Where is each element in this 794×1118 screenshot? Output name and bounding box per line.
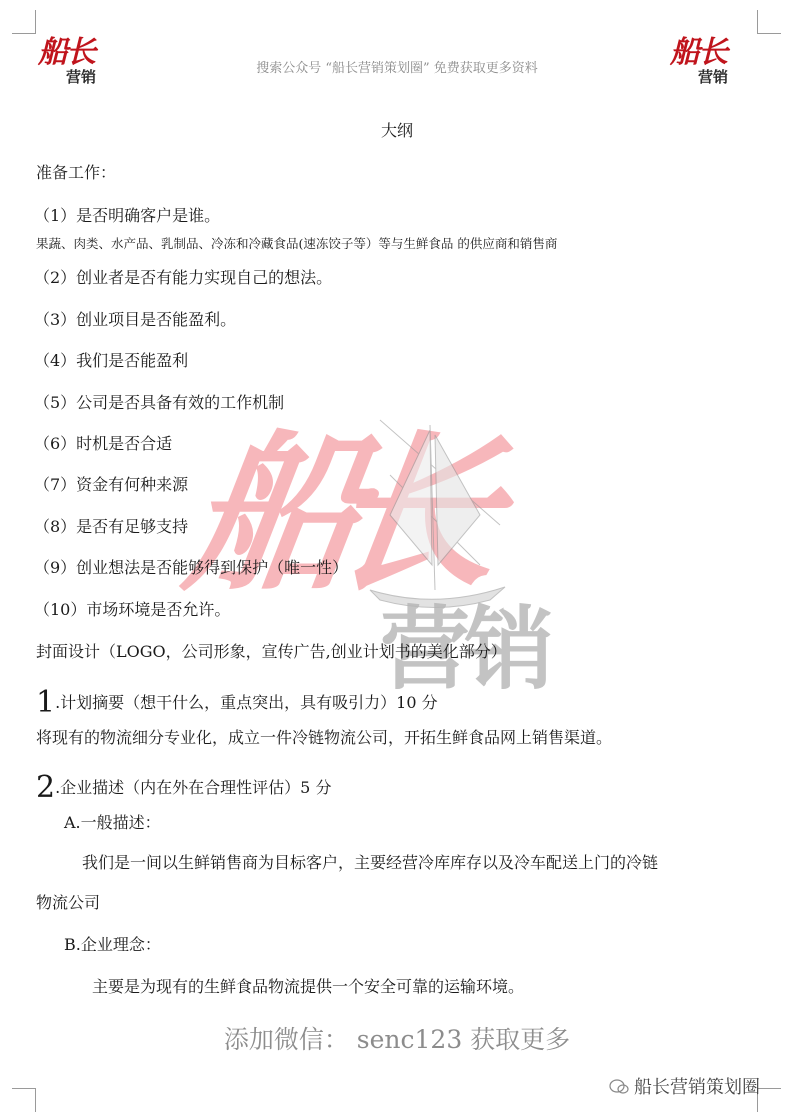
section-1-heading: 1.计划摘要（想干什么，重点突出，具有吸引力）10 分 xyxy=(36,688,438,718)
prep-item: （3）创业项目是否能盈利。 xyxy=(34,310,236,330)
subsection-a-label: A.一般描述： xyxy=(64,813,161,833)
wechat-account-name: 船长营销策划圈 xyxy=(634,1077,760,1098)
subsection-b-label: B.企业理念： xyxy=(64,935,161,955)
crop-mark xyxy=(35,10,36,34)
header-banner: 搜索公众号 “船长营销策划圈” 免费获取更多资料 xyxy=(0,57,794,76)
section-number: 1 xyxy=(36,685,55,720)
prep-item: （1）是否明确客户是谁。 xyxy=(34,206,220,226)
section-number: 2 xyxy=(36,770,55,805)
subsection-b-body: 主要是为现有的生鲜食品物流提供一个安全可靠的运输环境。 xyxy=(92,977,524,997)
document-title: 大纲 xyxy=(0,121,794,141)
prep-heading: 准备工作： xyxy=(36,163,116,183)
section-heading-text: .企业描述（内在外在合理性评估）5 分 xyxy=(55,778,331,797)
customer-note: 果蔬、肉类、水产品、乳制品、冷冻和冷藏食品(速冻饺子等）等与生鲜食品 的供应商和… xyxy=(36,234,557,254)
wechat-account: 船长营销策划圈 xyxy=(608,1073,760,1099)
section-1-body: 将现有的物流细分专业化，成立一件冷链物流公司，开拓生鲜食品网上销售渠道。 xyxy=(36,728,612,748)
prep-item: （10）市场环境是否允许。 xyxy=(34,600,230,620)
crop-mark xyxy=(35,1088,36,1112)
prep-item: （6）时机是否合适 xyxy=(34,434,172,454)
section-heading-text: .计划摘要（想干什么，重点突出，具有吸引力）10 分 xyxy=(55,693,438,712)
prep-item: （7）资金有何种来源 xyxy=(34,475,188,495)
subsection-a-body-cont: 物流公司 xyxy=(36,893,100,913)
subsection-a-body: 我们是一间以生鲜销售商为目标客户，主要经营冷库库存以及冷车配送上门的冷链 xyxy=(82,853,658,873)
cover-design-text: 封面设计（LOGO，公司形象，宣传广告,创业计划书的美化部分） xyxy=(36,642,507,662)
wechat-icon xyxy=(608,1078,630,1096)
crop-mark xyxy=(757,33,781,34)
crop-mark xyxy=(757,10,758,34)
section-2-heading: 2.企业描述（内在外在合理性评估）5 分 xyxy=(36,773,331,803)
ship-watermark-icon xyxy=(360,415,510,615)
crop-mark xyxy=(12,33,36,34)
prep-item: （2）创业者是否有能力实现自己的想法。 xyxy=(34,268,332,288)
prep-item: （9）创业想法是否能够得到保护（唯一性） xyxy=(34,558,348,578)
footer-contact: 添加微信： senc123 获取更多 xyxy=(0,1024,794,1056)
prep-item: （4）我们是否能盈利 xyxy=(34,351,188,371)
prep-item: （5）公司是否具备有效的工作机制 xyxy=(34,393,284,413)
crop-mark xyxy=(757,1088,781,1089)
prep-item: （8）是否有足够支持 xyxy=(34,517,188,537)
crop-mark xyxy=(12,1088,36,1089)
